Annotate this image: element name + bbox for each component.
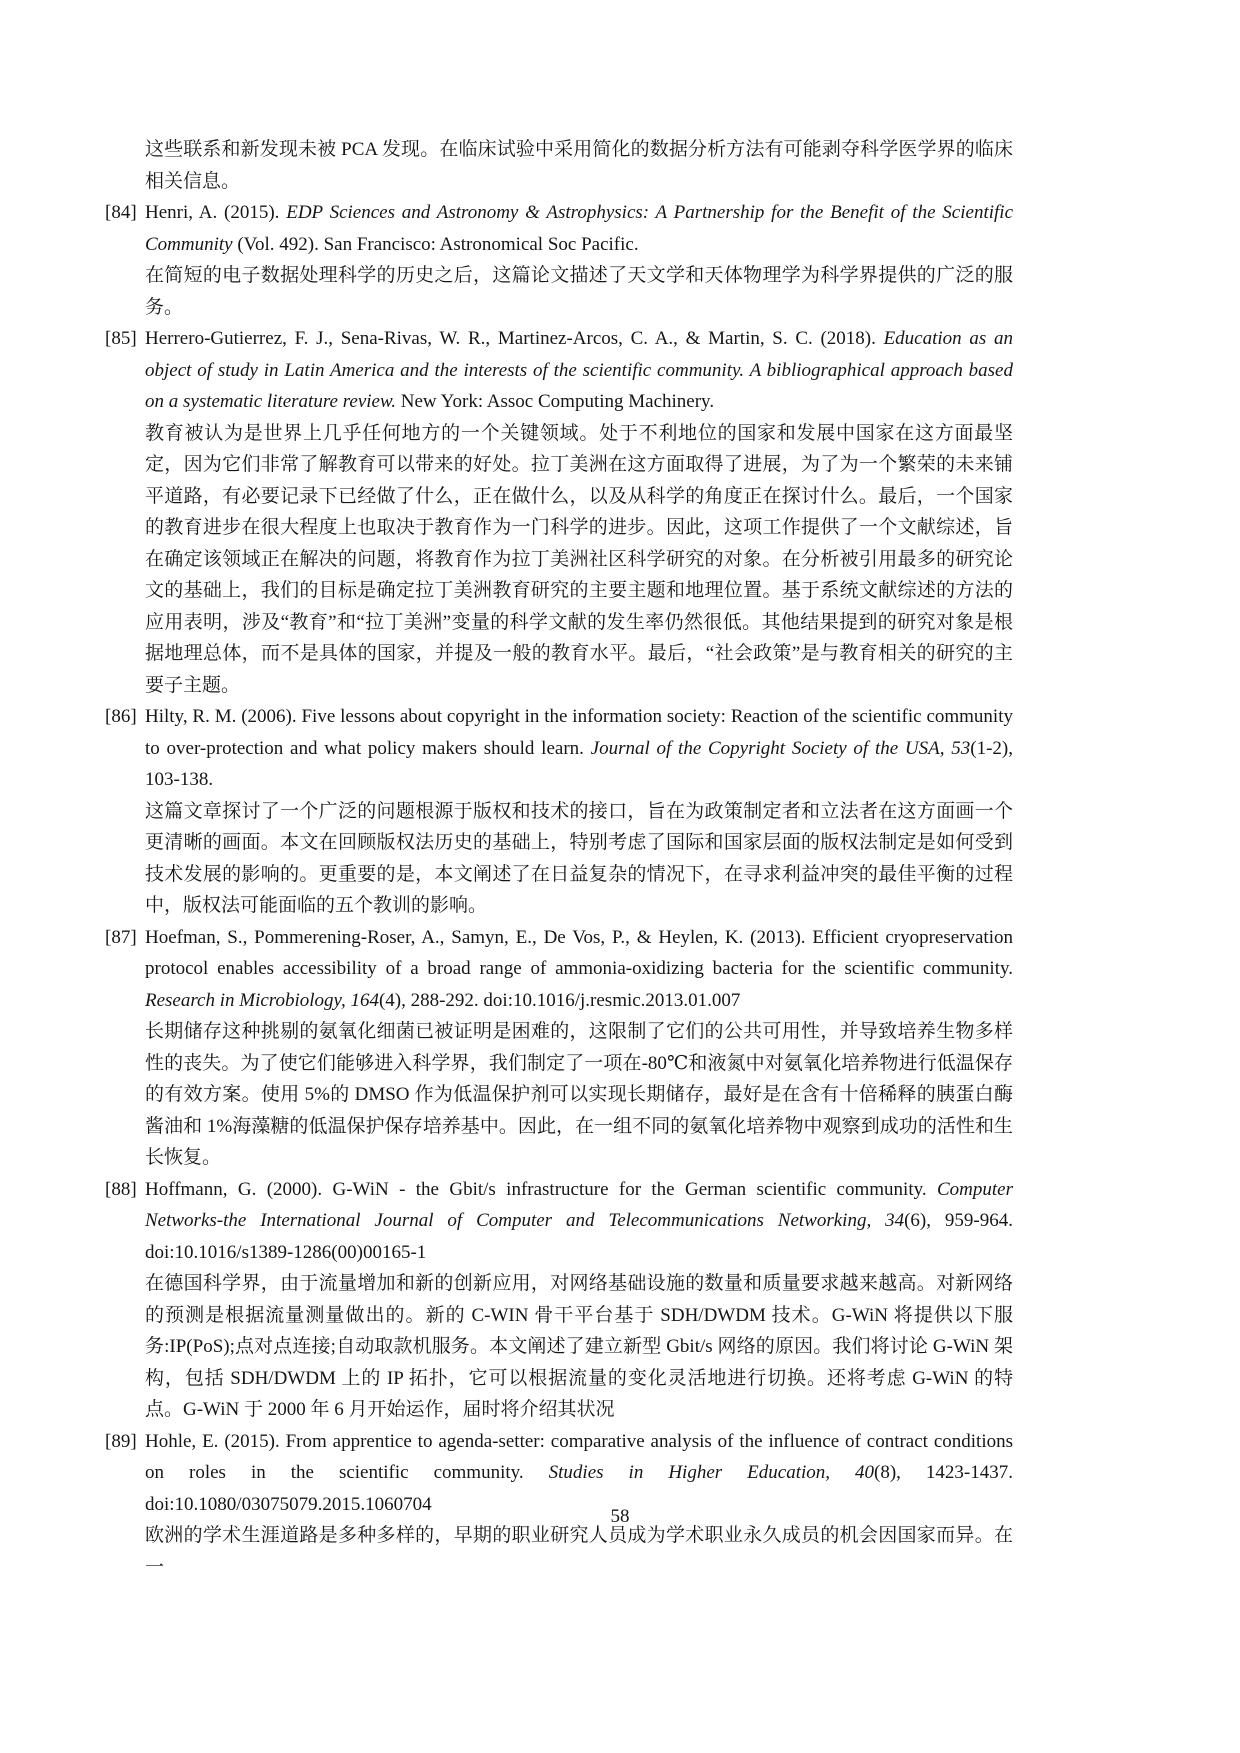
citation-segment: (4), 288-292. doi:10.1016/j.resmic.2013.… xyxy=(379,990,741,1011)
citation-segment: New York: Assoc Computing Machinery. xyxy=(396,391,714,412)
reference-entry: [85]Herrero-Gutierrez, F. J., Sena-Rivas… xyxy=(105,323,1013,701)
citation-segment: Henri, A. (2015). xyxy=(145,202,286,223)
reference-label: [88] xyxy=(105,1174,137,1206)
reference-label: [89] xyxy=(105,1426,137,1458)
citation-text: Hilty, R. M. (2006). Five lessons about … xyxy=(145,701,1013,796)
annotation-text: 教育被认为是世界上几乎任何地方的一个关键领域。处于不利地位的国家和发展中国家在这… xyxy=(145,418,1013,702)
annotation-text: 长期储存这种挑剔的氨氧化细菌已被证明是困难的，这限制了它们的公共可用性，并导致培… xyxy=(145,1016,1013,1174)
annotation-text: 在德国科学界，由于流量增加和新的创新应用，对网络基础设施的数量和质量要求越来越高… xyxy=(145,1268,1013,1426)
annotation-text: 这篇文章探讨了一个广泛的问题根源于版权和技术的接口，旨在为政策制定者和立法者在这… xyxy=(145,796,1013,922)
citation-text: Hoffmann, G. (2000). G-WiN - the Gbit/s … xyxy=(145,1174,1013,1269)
citation-text: Hoefman, S., Pommerening-Roser, A., Samy… xyxy=(145,922,1013,1017)
reference-label: [87] xyxy=(105,922,137,954)
citation-segment: (Vol. 492). San Francisco: Astronomical … xyxy=(233,234,639,255)
reference-label: [86] xyxy=(105,701,137,733)
page-number: 58 xyxy=(0,1501,1240,1533)
continuation-text: 这些联系和新发现未被 PCA 发现。在临床试验中采用简化的数据分析方法有可能剥夺… xyxy=(145,134,1013,197)
citation-segment: Herrero-Gutierrez, F. J., Sena-Rivas, W.… xyxy=(145,328,884,349)
reference-entry: [86]Hilty, R. M. (2006). Five lessons ab… xyxy=(105,701,1013,922)
reference-entry: [84]Henri, A. (2015). EDP Sciences and A… xyxy=(105,197,1013,323)
reference-label: [84] xyxy=(105,197,137,229)
citation-text: Herrero-Gutierrez, F. J., Sena-Rivas, W.… xyxy=(145,323,1013,418)
reference-list: [84]Henri, A. (2015). EDP Sciences and A… xyxy=(105,197,1013,1583)
citation-text: Henri, A. (2015). EDP Sciences and Astro… xyxy=(145,197,1013,260)
citation-segment: Hoefman, S., Pommerening-Roser, A., Samy… xyxy=(145,927,1013,980)
citation-segment: Hoffmann, G. (2000). G-WiN - the Gbit/s … xyxy=(145,1179,937,1200)
references-content: 这些联系和新发现未被 PCA 发现。在临床试验中采用简化的数据分析方法有可能剥夺… xyxy=(105,134,1013,1583)
continuation-paragraph: 这些联系和新发现未被 PCA 发现。在临床试验中采用简化的数据分析方法有可能剥夺… xyxy=(105,134,1013,197)
citation-title-segment: Journal of the Copyright Society of the … xyxy=(591,738,971,759)
reference-label: [85] xyxy=(105,323,137,355)
citation-title-segment: Studies in Higher Education, 40 xyxy=(549,1462,874,1483)
document-page: 这些联系和新发现未被 PCA 发现。在临床试验中采用简化的数据分析方法有可能剥夺… xyxy=(0,0,1240,1753)
annotation-text: 在简短的电子数据处理科学的历史之后，这篇论文描述了天文学和天体物理学为科学界提供… xyxy=(145,260,1013,323)
citation-title-segment: Research in Microbiology, 164 xyxy=(145,990,379,1011)
reference-entry: [87]Hoefman, S., Pommerening-Roser, A., … xyxy=(105,922,1013,1174)
reference-entry: [88]Hoffmann, G. (2000). G-WiN - the Gbi… xyxy=(105,1174,1013,1426)
